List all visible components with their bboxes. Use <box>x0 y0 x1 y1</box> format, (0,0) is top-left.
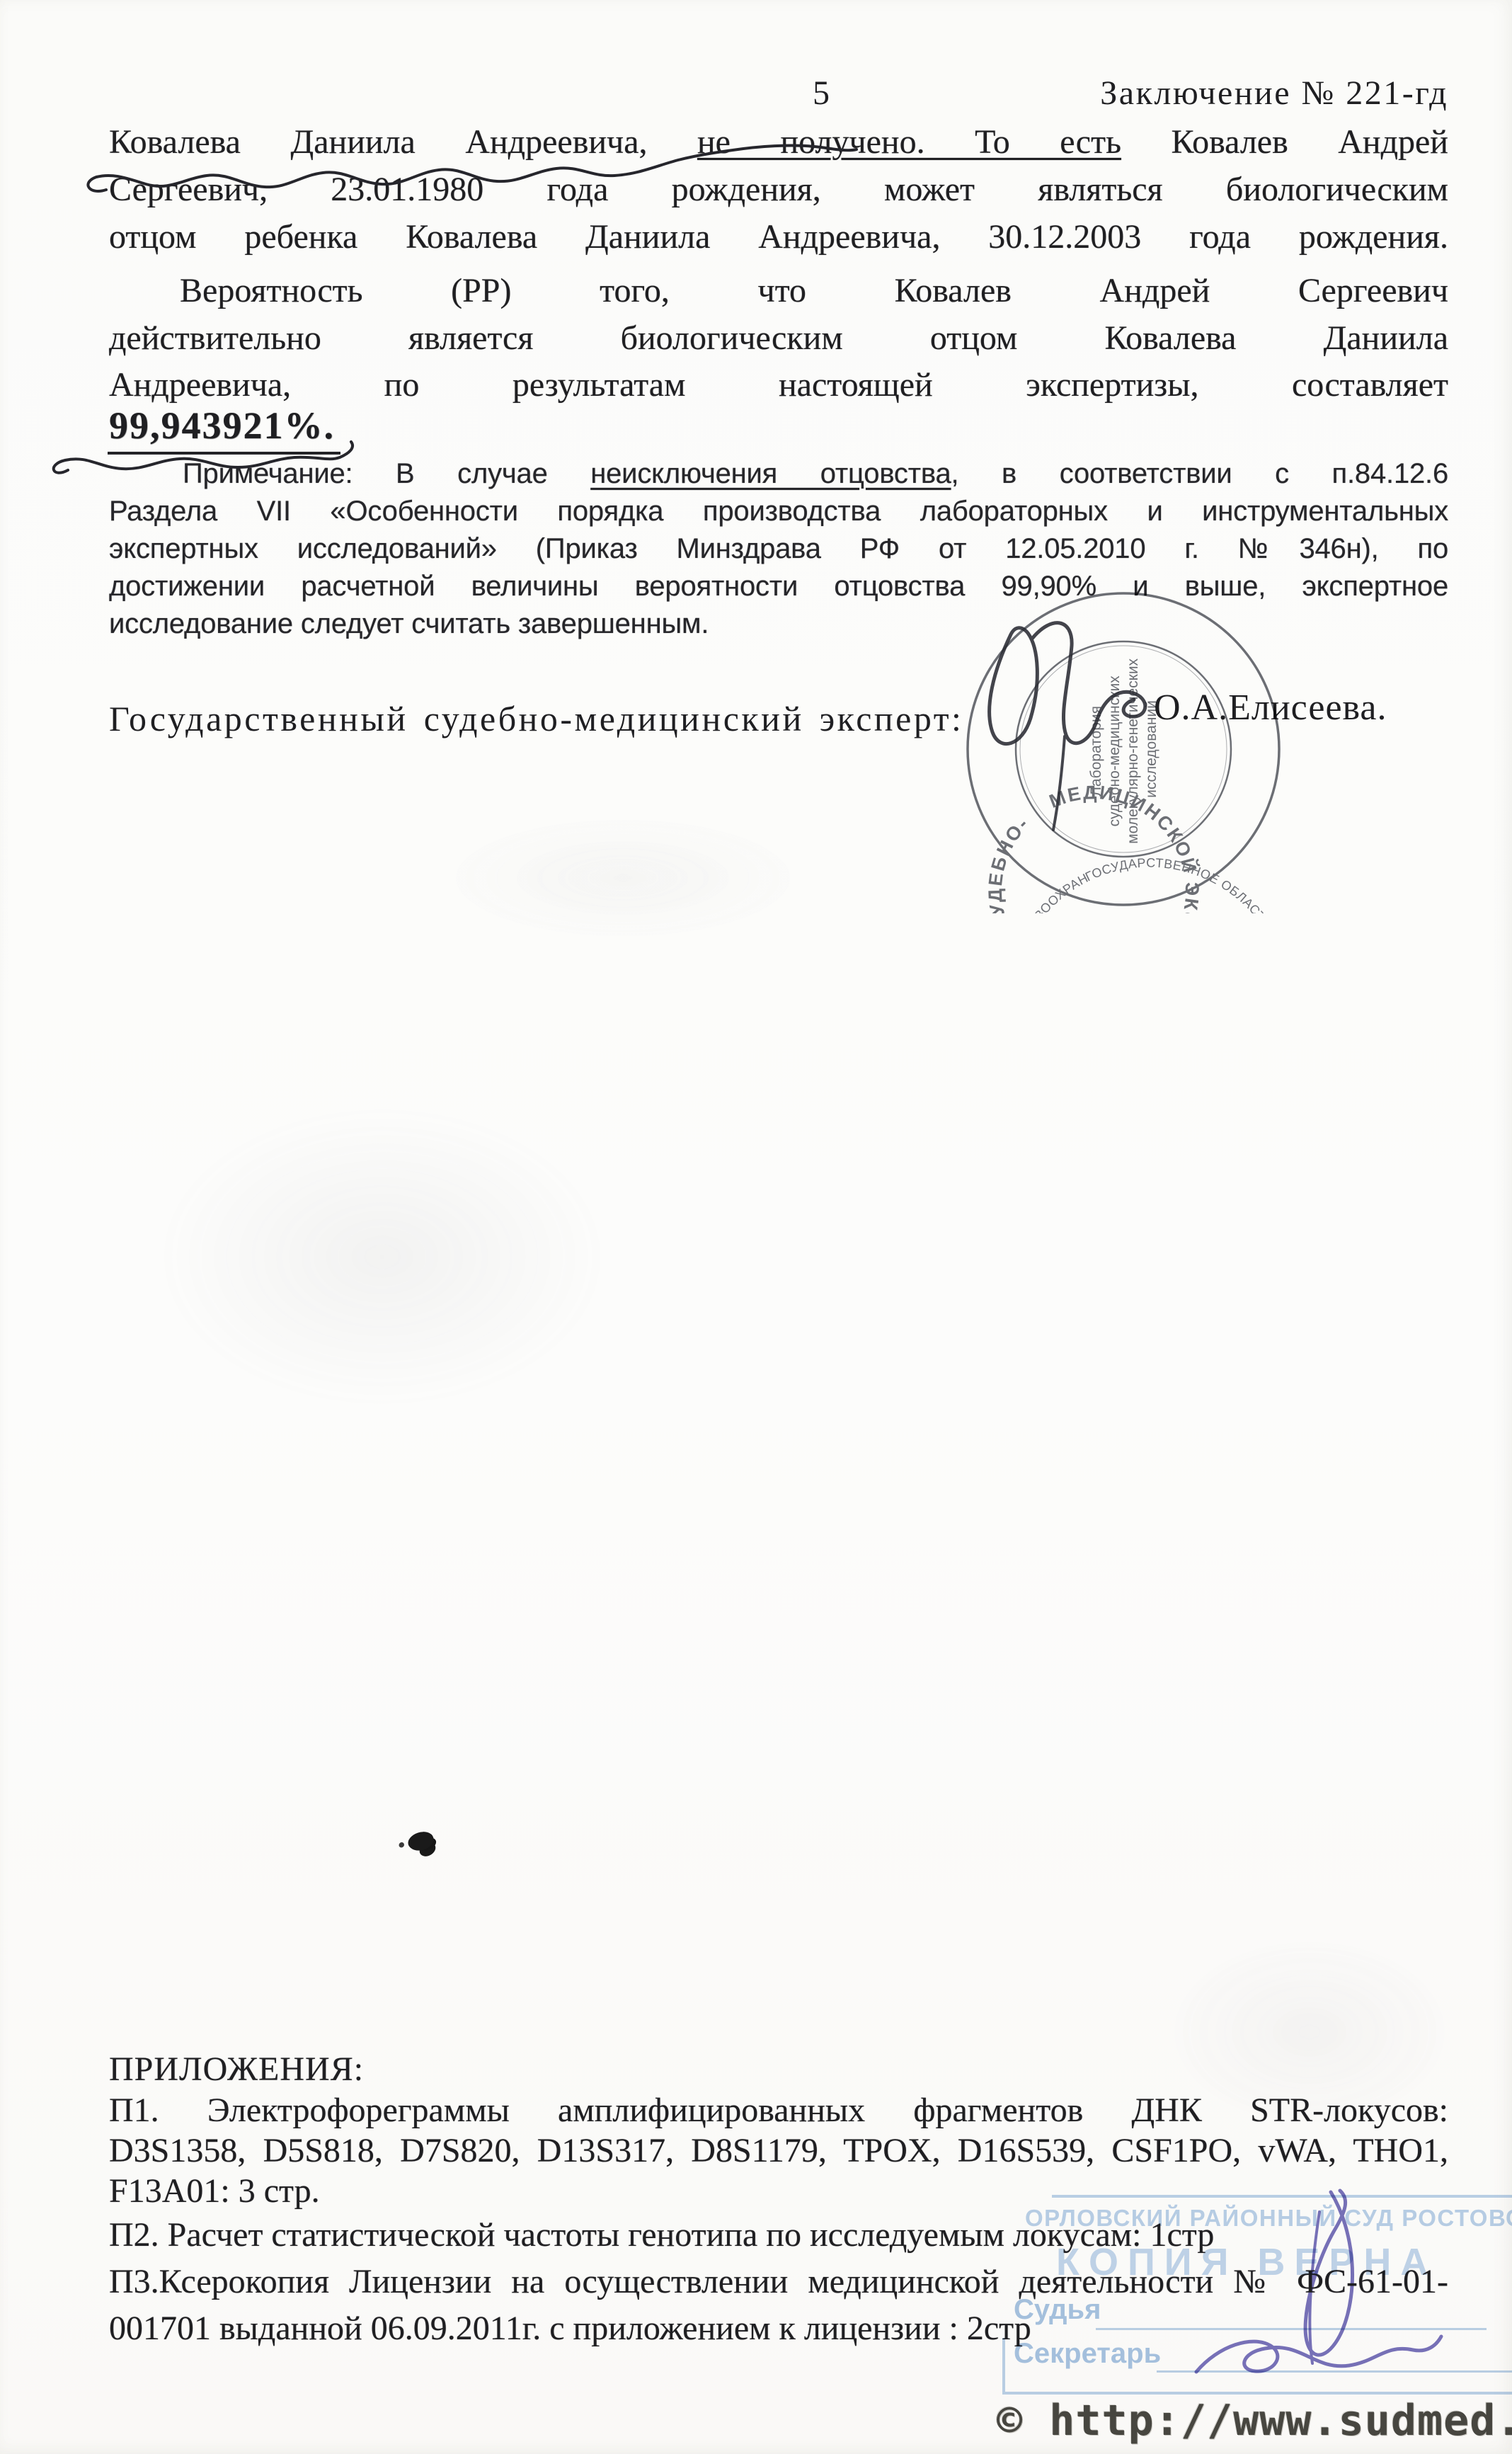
court-stamp-secretary-line <box>1157 2370 1512 2373</box>
court-stamp-name: ОРЛОВСКИЙ РАЙОННЫЙ СУД РОСТОВСКОЙ ОБЛАСТ… <box>1025 2205 1512 2232</box>
stamp-center-line4: исследований <box>1143 700 1159 798</box>
appendix-p1-line2: D3S1358, D5S818, D7S820, D13S317, D8S117… <box>109 2130 1448 2171</box>
scanned-document-page: 5 Заключение № 221-гд Ковалева Даниила А… <box>0 0 1512 2454</box>
court-stamp-left-bracket <box>1002 2338 1005 2395</box>
underlined-phrase-ne-polucheno: не получено. То есть <box>697 123 1121 161</box>
stamp-middle-ring-text: МЕДИЦИНСКОЙ ЭКСПЕРТИЗЫ ✱ БЮРО СУДЕБНО- <box>985 782 1203 913</box>
bleed-through-smudge <box>156 1105 609 1409</box>
court-stamp-judge-line <box>1096 2328 1487 2330</box>
stamp-inner-circle <box>1016 641 1231 857</box>
paragraph1-line3: отцом ребенка Ковалева Даниила Андреевич… <box>109 217 1448 258</box>
court-stamp-judge-label: Судья <box>1014 2294 1101 2326</box>
stamp-inner-circle2 <box>1020 646 1227 852</box>
note-line3: экспертных исследований» (Приказ Минздра… <box>109 532 1448 566</box>
paragraph2-line3: Андреевича, по результатам настоящей экс… <box>109 365 1448 406</box>
note-line1-post: , в соответствии с п.84.12.6 <box>951 458 1449 489</box>
round-expert-stamp: ГОСУДАРСТВЕННОЕ ОБЛАСТНОЕ УЧРЕЖДЕНИЕ ЗДР… <box>959 585 1288 913</box>
underlined-phrase-neisklyucheniya: неисключения отцовства <box>590 458 951 489</box>
paragraph1-line1-post: Ковалев Андрей <box>1121 123 1448 161</box>
bleed-through-smudge <box>439 814 807 942</box>
court-stamp-top-border <box>1052 2195 1512 2198</box>
court-stamp-copy-label: КОПИЯ ВЕРНА <box>1056 2240 1437 2284</box>
note-line1: Примечание: В случае неисключения отцовс… <box>109 457 1448 491</box>
document-number: Заключение № 221-гд <box>1062 74 1448 113</box>
paragraph1-line2: Сергеевич, 23.01.1980 года рождения, мож… <box>109 169 1448 210</box>
expert-label: Государственный судебно-медицинский эксп… <box>109 698 963 739</box>
paragraph2-line1: Вероятность (РР) того, что Ковалев Андре… <box>109 270 1448 312</box>
court-stamp-secretary-label: Секретарь <box>1014 2338 1161 2370</box>
ink-blot <box>406 1829 436 1854</box>
paragraph1-line1-pre: Ковалева Даниила Андреевича, <box>109 123 697 161</box>
paternity-probability-value: 99,943921%. <box>108 404 340 455</box>
stamp-center-line1: Лаборатория <box>1088 706 1104 797</box>
stamp-center-line2: судебно-медицинских <box>1106 675 1123 827</box>
court-stamp-bottom-border <box>1005 2392 1512 2395</box>
note-line1-pre: Примечание: В случае <box>183 458 590 489</box>
note-line2: Раздела VII «Особенности порядка произво… <box>109 494 1448 528</box>
paragraph2-line2: действительно является биологическим отц… <box>109 318 1448 359</box>
appendices-heading: ПРИЛОЖЕНИЯ: <box>109 2049 1448 2090</box>
appendix-p1-line1: П1. Электрофореграммы амплифицированных … <box>109 2090 1448 2131</box>
sudmed-watermark: © http://www.sudmed.ru <box>997 2396 1512 2446</box>
page-number: 5 <box>813 74 830 113</box>
stamp-center-line3: молекулярно-генетических <box>1125 658 1141 843</box>
paragraph1-line1: Ковалева Даниила Андреевича, не получено… <box>109 122 1448 163</box>
ink-speck <box>399 1842 404 1847</box>
